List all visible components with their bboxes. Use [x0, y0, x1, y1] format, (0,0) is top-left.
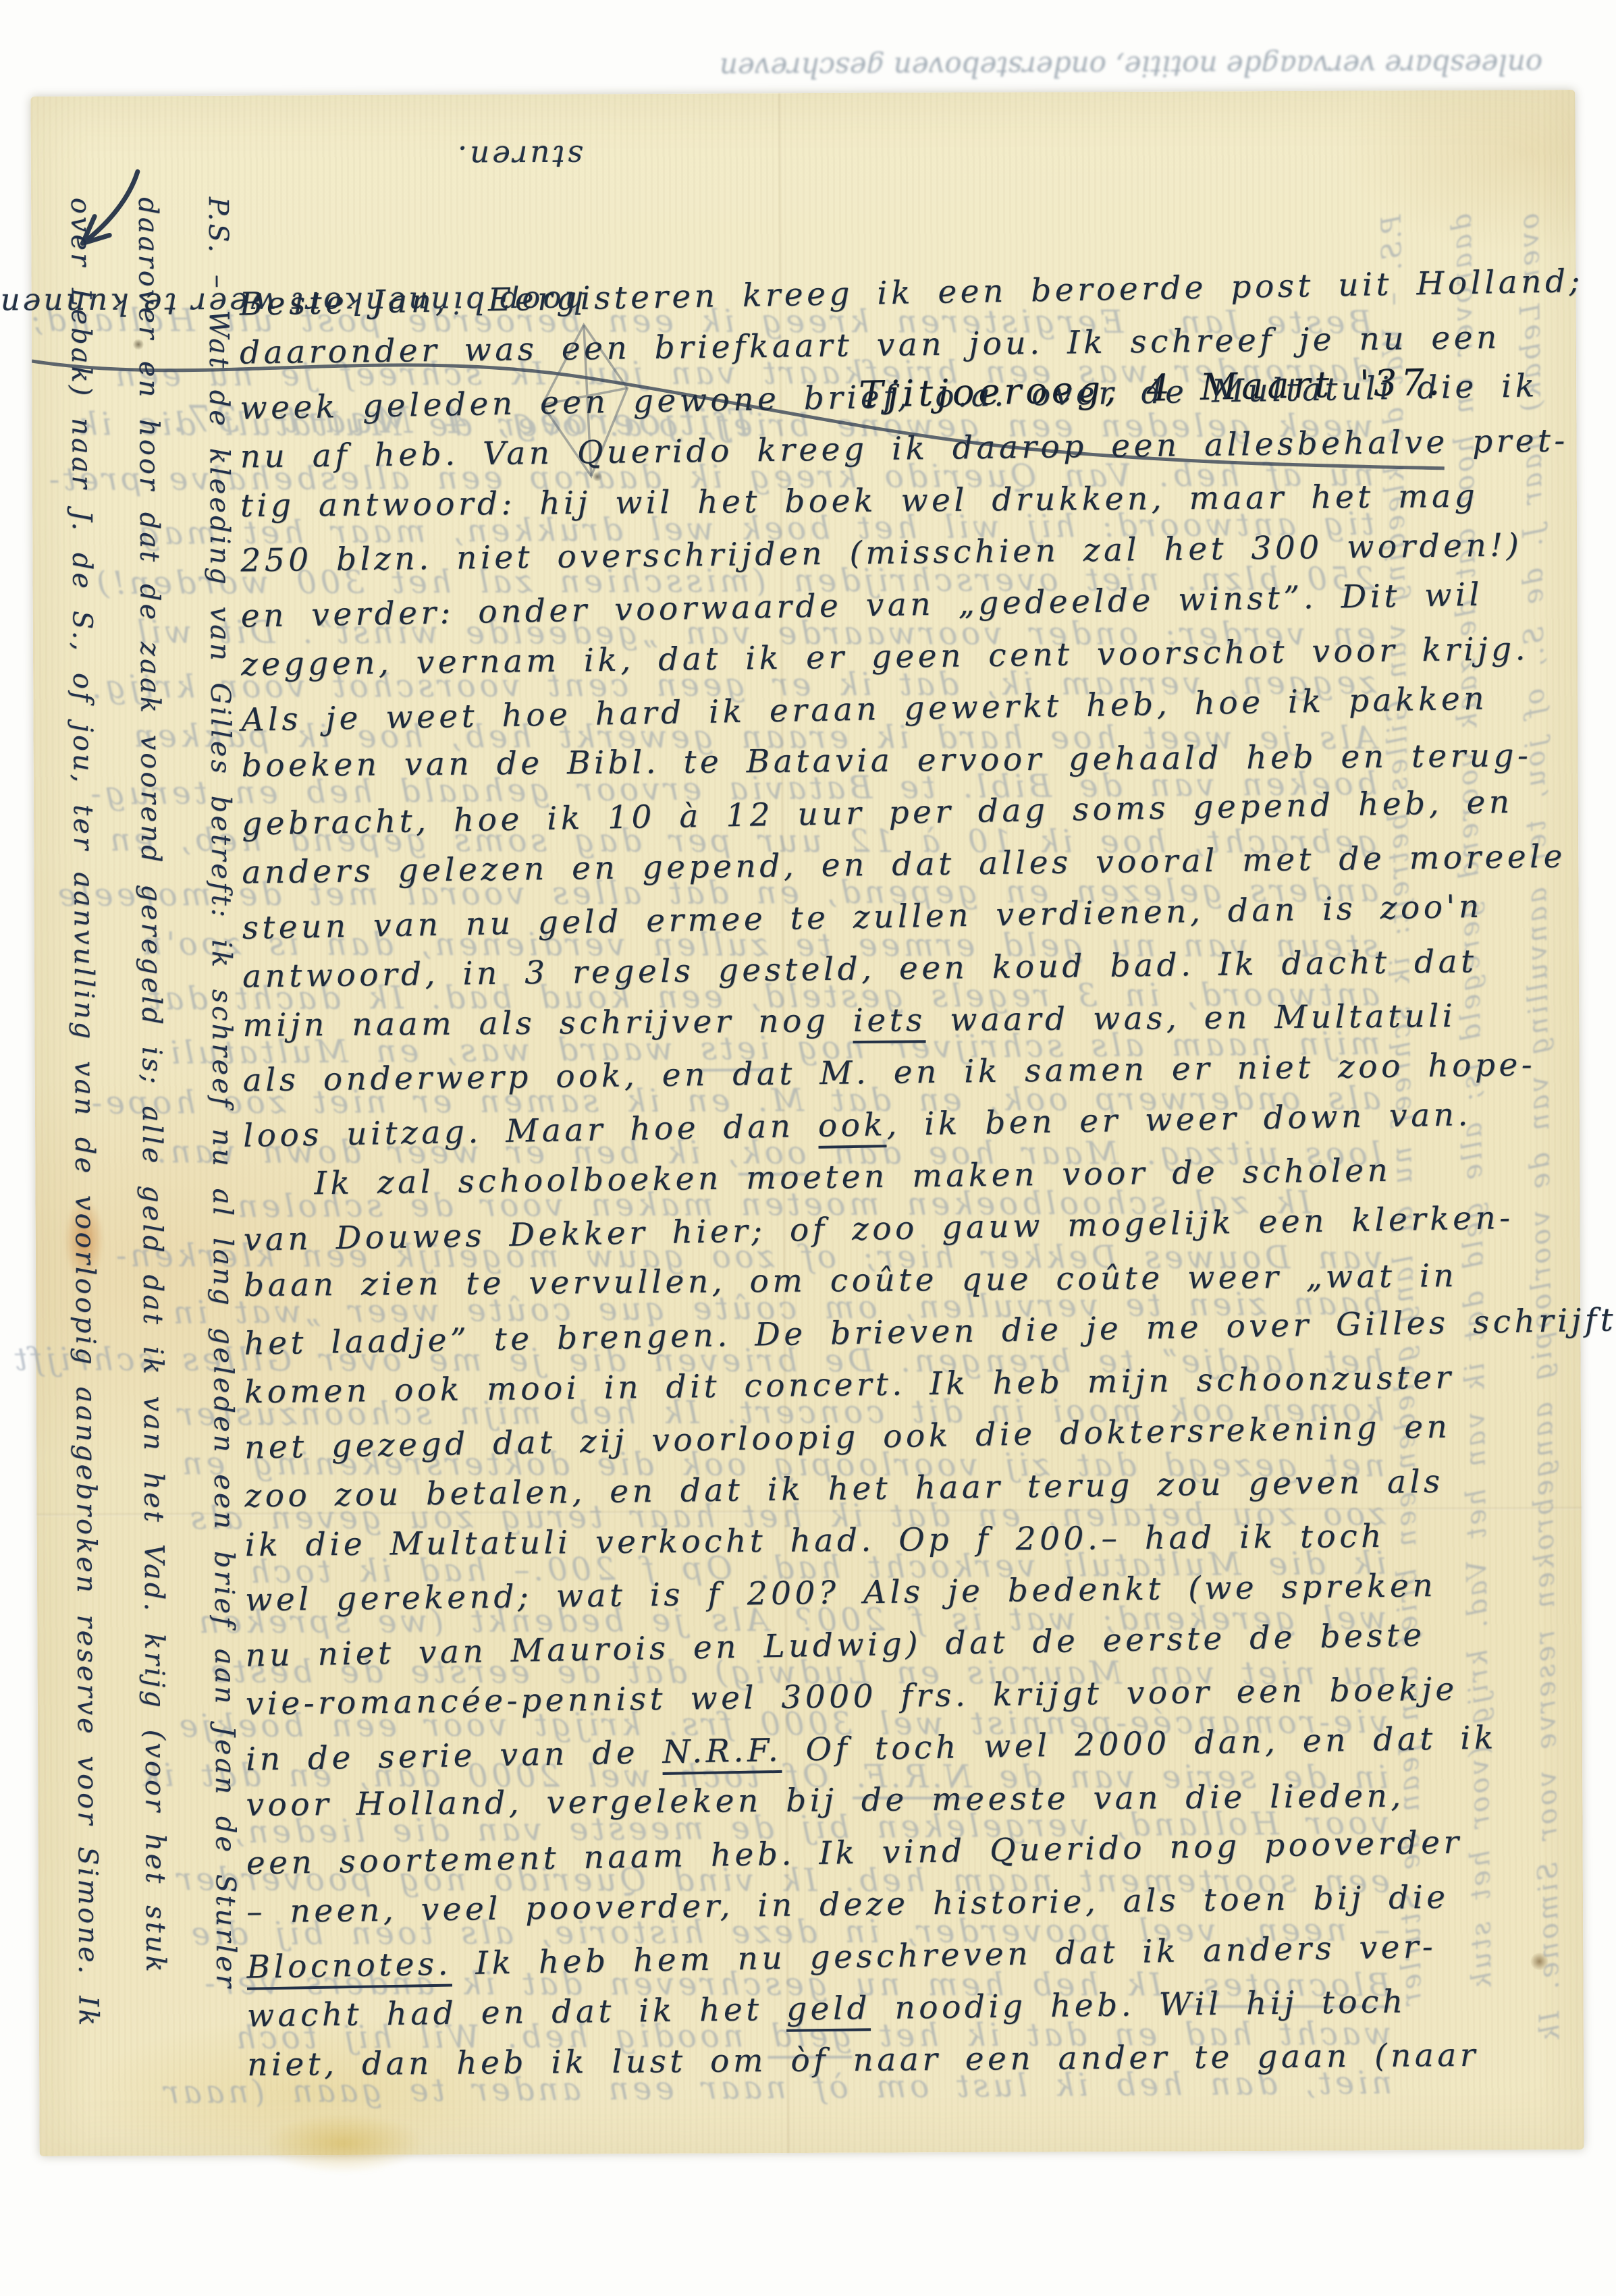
annotation-line: sturen.: [50, 132, 583, 182]
letter-page: Beste Jan, Eergisteren kreeg ik een bero…: [30, 90, 1584, 2156]
yellow-stain: [262, 2112, 424, 2174]
letter-body: Beste Jan, Eergisteren kreeg ik een bero…: [239, 267, 1604, 2092]
letter-line: niet, dan heb ik lust om òf naar een and…: [247, 2031, 1605, 2094]
margin-postscript-line-2: daarover en hoor dat de zaak voorend ger…: [132, 197, 172, 2168]
scan-background: Beste Jan, Eergisteren kreeg ik een bero…: [0, 0, 1616, 2296]
faded-upside-down-note: onleesbare vervaagde notitie, onderstebo…: [1002, 43, 1542, 88]
margin-postscript-line-1: P.S. – Wat de kleeding van Gilles betref…: [203, 197, 242, 2168]
margin-postscript-line-3: over Lebak) naar J. de S., of jou, ter a…: [65, 198, 105, 2168]
